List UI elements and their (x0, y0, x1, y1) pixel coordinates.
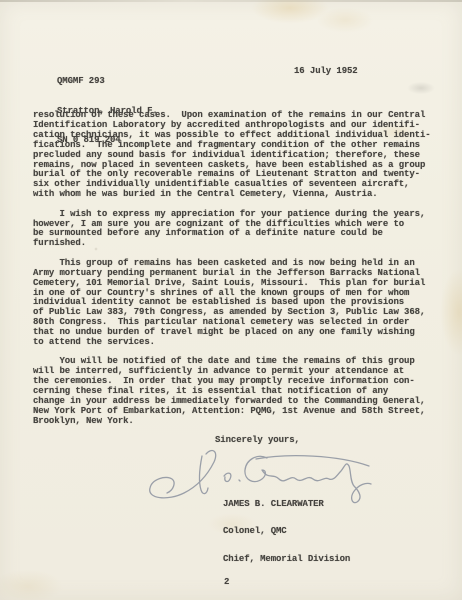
signer-rank: Colonel, QMC (223, 527, 350, 536)
closing-salutation: Sincerely yours, (215, 436, 300, 446)
body-line: be surmounted before any information of … (33, 229, 431, 239)
body-line: to attend the services. (33, 338, 431, 348)
page-number: 2 (224, 578, 229, 588)
body-line: furnished. (33, 239, 431, 249)
body-line: with whom he was buried in the Central C… (33, 190, 431, 200)
letter-date: 16 July 1952 (294, 67, 358, 77)
file-reference: QMGMF 293 (57, 77, 158, 87)
handwritten-signature (138, 446, 378, 510)
letter-body: resolution of these cases. Upon examinat… (33, 111, 431, 427)
paragraph: resolution of these cases. Upon examinat… (33, 111, 431, 200)
body-line: Cemetery, 101 Memorial Drive, Saint Loui… (33, 279, 431, 289)
letter-page: QMGMF 293 Stratton, Harold F. SN 0 819 2… (0, 0, 462, 600)
body-line: Brooklyn, New York. (33, 417, 431, 427)
paragraph: You will be notified of the date and tim… (33, 357, 431, 426)
paragraph: This group of remains has been casketed … (33, 259, 431, 348)
signer-title: Chief, Memorial Division (223, 555, 350, 564)
paragraph: I wish to express my appreciation for yo… (33, 210, 431, 250)
